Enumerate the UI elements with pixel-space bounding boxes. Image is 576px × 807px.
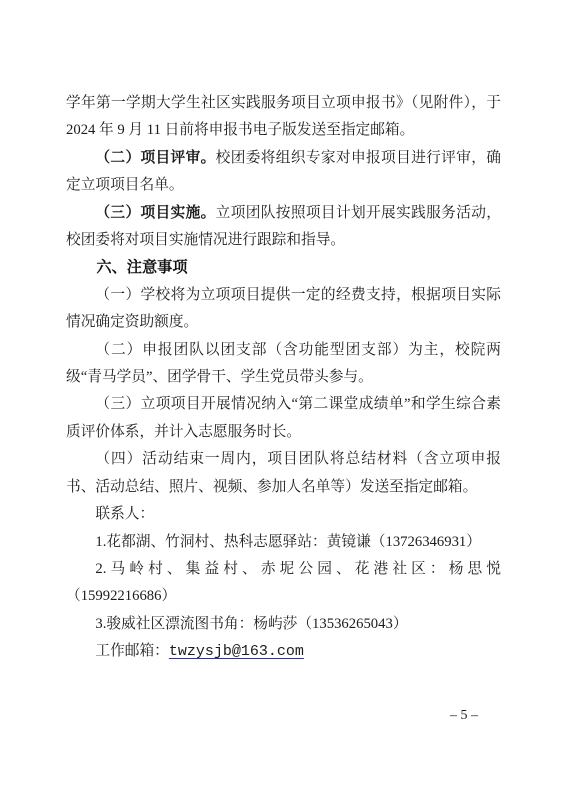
- paragraph-project-review: （二）项目评审。校团委将组织专家对申报项目进行评审，确定立项项目名单。: [66, 145, 501, 200]
- paragraph-contact-2: 2.马岭村、集益村、赤坭公园、花港社区：杨思悦（15992216686）: [66, 556, 501, 611]
- paragraph-contacts-label: 联系人：: [66, 501, 501, 528]
- paragraph-contact-3: 3.骏威社区漂流图书角：杨屿莎（13536265043）: [66, 611, 501, 638]
- email-link[interactable]: twzysjb@163.com: [169, 643, 304, 660]
- document-page: 学年第一学期大学生社区实践服务项目立项申报书》（见附件），于 2024 年 9 …: [0, 0, 576, 807]
- paragraph-work-email: 工作邮箱：twzysjb@163.com: [66, 638, 501, 665]
- paragraph-note-evaluation: （三）立项项目开展情况纳入“第二课堂成绩单”和学生综合素质评价体系，并计入志愿服…: [66, 391, 501, 446]
- paragraph-note-summary-materials: （四）活动结束一周内，项目团队将总结材料（含立项申报书、活动总结、照片、视频、参…: [66, 446, 501, 501]
- run-project-review-label: （二）项目评审。: [95, 150, 215, 166]
- paragraph-note-funding: （一）学校将为立项项目提供一定的经费支持，根据项目实际情况确定资助额度。: [66, 282, 501, 337]
- paragraph-project-implementation: （三）项目实施。立项团队按照项目计划开展实践服务活动，校团委将对项目实施情况进行…: [66, 200, 501, 255]
- run-work-email-label: 工作邮箱：: [95, 643, 168, 659]
- paragraph-contact-1: 1.花都湖、竹洞村、热科志愿驿站：黄镜谦（13726346931）: [66, 529, 501, 556]
- paragraph-submission-deadline: 学年第一学期大学生社区实践服务项目立项申报书》（见附件），于 2024 年 9 …: [66, 90, 501, 145]
- document-body: 学年第一学期大学生社区实践服务项目立项申报书》（见附件），于 2024 年 9 …: [66, 90, 501, 666]
- run-project-implementation-label: （三）项目实施。: [95, 205, 215, 221]
- page-number: – 5 –: [450, 708, 510, 724]
- paragraph-note-team-composition: （二）申报团队以团支部（含功能型团支部）为主，校院两级“青马学员”、团学骨干、学…: [66, 337, 501, 392]
- section-heading-notes: 六、注意事项: [66, 254, 501, 281]
